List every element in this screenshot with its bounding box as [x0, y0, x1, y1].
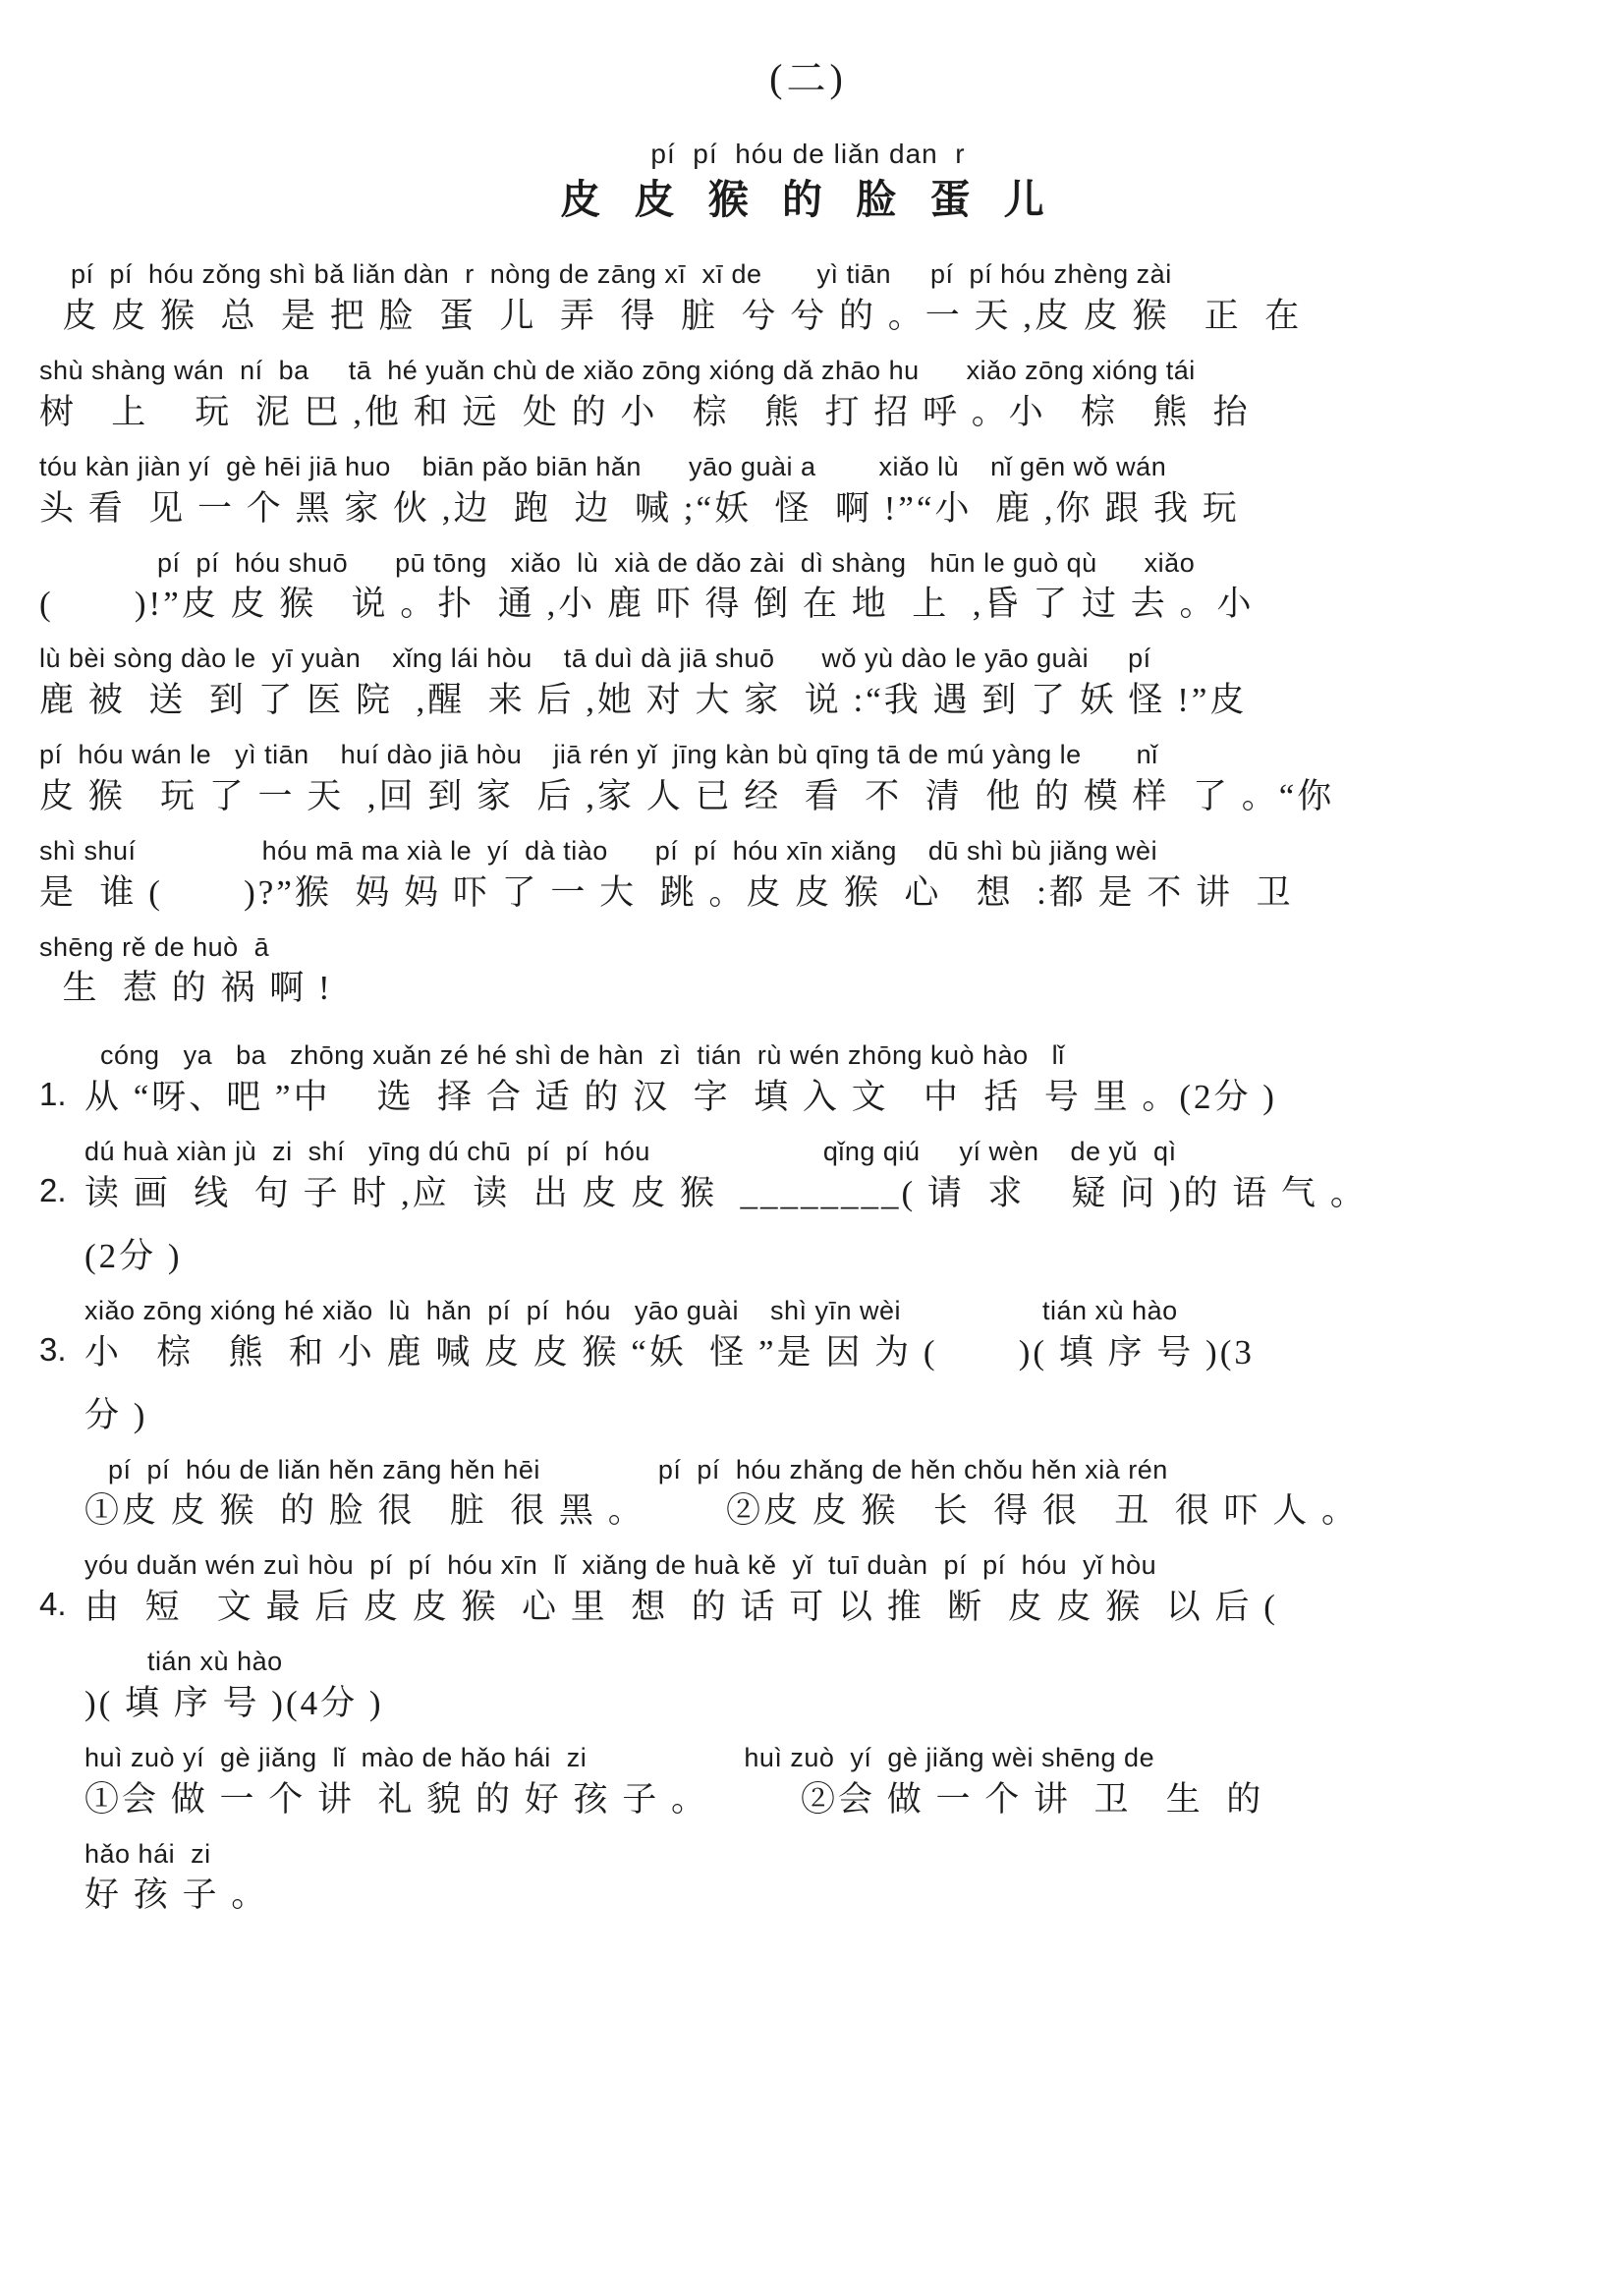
- question-number: 2.: [39, 1168, 67, 1213]
- question-block: 2.dú huà xiàn jù zi shí yīng dú chū pí p…: [39, 1136, 1577, 1280]
- question-line: 分 ): [84, 1391, 1577, 1439]
- question-line: (2分 ): [84, 1232, 1577, 1280]
- section-label: (二): [39, 47, 1577, 103]
- pinyin-line: shēng rě de huò ā: [39, 931, 1577, 965]
- question-line: hǎo hái zi好 孩 子 。: [84, 1838, 1577, 1920]
- pinyin-line: huì zuò yí gè jiǎng lǐ mào de hǎo hái zi…: [84, 1742, 1577, 1775]
- pinyin-line: dú huà xiàn jù zi shí yīng dú chū pí pí …: [84, 1136, 1577, 1169]
- hanzi-line: 好 孩 子 。: [84, 1871, 1577, 1919]
- passage-line: lù bèi sòng dào le yī yuàn xǐng lái hòu …: [39, 643, 1577, 724]
- pinyin-line: xiǎo zōng xióng hé xiǎo lù hǎn pí pí hóu…: [84, 1295, 1577, 1328]
- hanzi-line: 树 上 玩 泥 巴 ,他 和 远 处 的 小 棕 熊 打 招 呼 。小 棕 熊 …: [39, 388, 1577, 436]
- passage-line: tóu kàn jiàn yí gè hēi jiā huo biān pǎo …: [39, 451, 1577, 532]
- hanzi-line: ①皮 皮 猴 的 脸 很 脏 很 黑 。 ②皮 皮 猴 长 得 很 丑 很 吓 …: [84, 1486, 1577, 1535]
- passage-line: pí hóu wán le yì tiān huí dào jiā hòu ji…: [39, 739, 1577, 820]
- pinyin-line: yóu duǎn wén zuì hòu pí pí hóu xīn lǐ xi…: [84, 1549, 1577, 1583]
- hanzi-line: 皮 猴 玩 了 一 天 ,回 到 家 后 ,家 人 已 经 看 不 清 他 的 …: [39, 772, 1577, 820]
- questions-section: 1. cóng ya ba zhōng xuǎn zé hé shì de hà…: [39, 1039, 1577, 1919]
- hanzi-line: 从 “呀、吧 ”中 选 择 合 适 的 汉 字 填 入 文 中 括 号 里 。(…: [84, 1073, 1577, 1121]
- hanzi-line: 分 ): [84, 1391, 1577, 1439]
- passage-line: pí pí hóu zǒng shì bǎ liǎn dàn r nòng de…: [39, 258, 1577, 340]
- passage-title-pinyin: pí pí hóu de liǎn dan r: [39, 137, 1577, 171]
- pinyin-line: pí pí hóu de liǎn hěn zāng hěn hēi pí pí…: [84, 1454, 1577, 1487]
- hanzi-line: 生 惹 的 祸 啊 !: [39, 964, 1577, 1012]
- hanzi-line: 读 画 线 句 子 时 ,应 读 出 皮 皮 猴 ________( 请 求 疑…: [84, 1169, 1577, 1217]
- passage-body: pí pí hóu zǒng shì bǎ liǎn dàn r nòng de…: [39, 258, 1577, 1012]
- hanzi-line: 小 棕 熊 和 小 鹿 喊 皮 皮 猴 “妖 怪 ”是 因 为 ( )( 填 序…: [84, 1328, 1577, 1376]
- question-line: cóng ya ba zhōng xuǎn zé hé shì de hàn z…: [84, 1039, 1577, 1121]
- question-line: pí pí hóu de liǎn hěn zāng hěn hēi pí pí…: [84, 1454, 1577, 1536]
- question-number: 1.: [39, 1072, 67, 1117]
- question-line: huì zuò yí gè jiǎng lǐ mào de hǎo hái zi…: [84, 1742, 1577, 1823]
- pinyin-line: pí pí hóu zǒng shì bǎ liǎn dàn r nòng de…: [39, 258, 1577, 292]
- question-line: xiǎo zōng xióng hé xiǎo lù hǎn pí pí hóu…: [84, 1295, 1577, 1376]
- question-block: 4.yóu duǎn wén zuì hòu pí pí hóu xīn lǐ …: [39, 1549, 1577, 1919]
- question-block: 1. cóng ya ba zhōng xuǎn zé hé shì de hà…: [39, 1039, 1577, 1121]
- hanzi-line: ( )!”皮 皮 猴 说 。扑 通 ,小 鹿 吓 得 倒 在 地 上 ,昏 了 …: [39, 580, 1577, 628]
- pinyin-line: shù shàng wán ní ba tā hé yuǎn chù de xi…: [39, 355, 1577, 388]
- hanzi-line: )( 填 序 号 )(4分 ): [84, 1679, 1577, 1727]
- hanzi-line: 皮 皮 猴 总 是 把 脸 蛋 儿 弄 得 脏 兮 兮 的 。一 天 ,皮 皮 …: [39, 292, 1577, 340]
- passage-line: shù shàng wán ní ba tā hé yuǎn chù de xi…: [39, 355, 1577, 436]
- question-block: 3.xiǎo zōng xióng hé xiǎo lù hǎn pí pí h…: [39, 1295, 1577, 1536]
- question-line: tián xù hào)( 填 序 号 )(4分 ): [84, 1646, 1577, 1727]
- hanzi-line: 是 谁 ( )?”猴 妈 妈 吓 了 一 大 跳 。皮 皮 猴 心 想 :都 是…: [39, 868, 1577, 917]
- question-number: 3.: [39, 1327, 67, 1372]
- passage-line: shì shuí hóu mā ma xià le yí dà tiào pí …: [39, 835, 1577, 917]
- pinyin-line: cóng ya ba zhōng xuǎn zé hé shì de hàn z…: [84, 1039, 1577, 1073]
- passage-line: pí pí hóu shuō pū tōng xiǎo lù xià de dǎ…: [39, 547, 1577, 629]
- question-number: 4.: [39, 1582, 67, 1627]
- question-line: yóu duǎn wén zuì hòu pí pí hóu xīn lǐ xi…: [84, 1549, 1577, 1631]
- pinyin-line: tóu kàn jiàn yí gè hēi jiā huo biān pǎo …: [39, 451, 1577, 484]
- passage-line: shēng rě de huò ā 生 惹 的 祸 啊 !: [39, 931, 1577, 1013]
- hanzi-line: 由 短 文 最 后 皮 皮 猴 心 里 想 的 话 可 以 推 断 皮 皮 猴 …: [84, 1583, 1577, 1631]
- hanzi-line: (2分 ): [84, 1232, 1577, 1280]
- hanzi-line: ①会 做 一 个 讲 礼 貌 的 好 孩 子 。 ②会 做 一 个 讲 卫 生 …: [84, 1775, 1577, 1823]
- hanzi-line: 鹿 被 送 到 了 医 院 ,醒 来 后 ,她 对 大 家 说 :“我 遇 到 …: [39, 676, 1577, 724]
- question-line: dú huà xiàn jù zi shí yīng dú chū pí pí …: [84, 1136, 1577, 1217]
- pinyin-line: shì shuí hóu mā ma xià le yí dà tiào pí …: [39, 835, 1577, 868]
- worksheet-page: (二) pí pí hóu de liǎn dan r 皮 皮 猴 的 脸 蛋 …: [0, 0, 1624, 2296]
- pinyin-line: lù bèi sòng dào le yī yuàn xǐng lái hòu …: [39, 643, 1577, 676]
- pinyin-line: pí pí hóu shuō pū tōng xiǎo lù xià de dǎ…: [39, 547, 1577, 581]
- pinyin-line: tián xù hào: [84, 1646, 1577, 1679]
- passage-title: 皮 皮 猴 的 脸 蛋 儿: [39, 175, 1577, 225]
- hanzi-line: 头 看 见 一 个 黑 家 伙 ,边 跑 边 喊 ;“妖 怪 啊 !”“小 鹿 …: [39, 484, 1577, 532]
- pinyin-line: pí hóu wán le yì tiān huí dào jiā hòu ji…: [39, 739, 1577, 772]
- pinyin-line: hǎo hái zi: [84, 1838, 1577, 1872]
- passage-title-block: pí pí hóu de liǎn dan r 皮 皮 猴 的 脸 蛋 儿: [39, 137, 1577, 225]
